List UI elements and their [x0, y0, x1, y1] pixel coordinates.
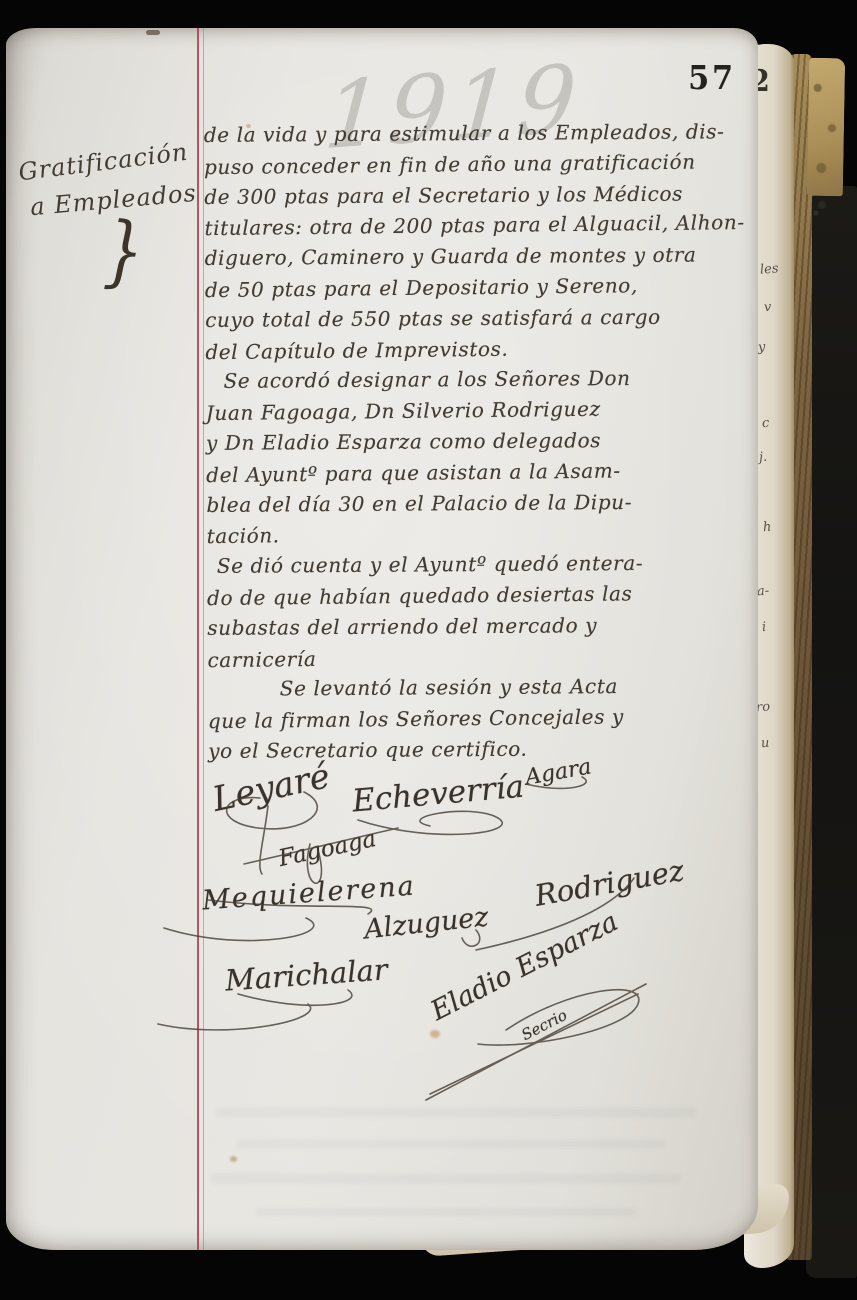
- body-line: tación.: [206, 515, 762, 552]
- body-line: cuyo total de 550 ptas se satisfará a ca…: [205, 301, 761, 336]
- body-line: del Ayuntº para que asistan a la Asam-: [206, 454, 762, 491]
- margin-note-brace: }: [102, 204, 146, 297]
- signature-fagoaga: Fagoaga: [276, 826, 378, 872]
- margin-rule-line: [197, 28, 199, 1250]
- body-line: do de que habían quedado desiertas las: [207, 577, 763, 614]
- body-line: puso conceder en fin de año una gratific…: [204, 146, 760, 183]
- signature-echeverria: Echeverría: [351, 769, 526, 820]
- edge-text-fragment: c: [761, 416, 769, 431]
- body-line: subastas del arriendo del mercado y: [207, 609, 763, 644]
- edge-mark: [146, 30, 160, 35]
- edge-text-fragment: h: [762, 520, 771, 536]
- page-number: 57: [688, 58, 736, 97]
- signature-rodriguez: Rodriguez: [532, 853, 686, 913]
- body-line: de 50 ptas para el Depositario y Sereno,: [205, 269, 761, 306]
- manuscript-page: 57 1919 Gratificación a Empleados } de l…: [6, 28, 758, 1250]
- body-line: de la vida y para estimular a los Emplea…: [204, 116, 760, 151]
- body-line: y Dn Eladio Esparza como delegados: [206, 424, 762, 459]
- paper-stain: [230, 1156, 237, 1162]
- body-line: carnicería: [207, 638, 763, 675]
- signature-mequielerena: Mequielerena: [201, 871, 417, 917]
- signature-marichalar: Marichalar: [224, 952, 389, 997]
- margin-note-line1: Gratificación: [17, 138, 190, 187]
- paper-freckle: [246, 124, 251, 128]
- body-line: del Capítulo de Imprevistos.: [205, 330, 761, 367]
- edge-text-fragment: les: [759, 261, 779, 277]
- body-line: Juan Fagoaga, Dn Silverio Rodriguez: [206, 392, 762, 429]
- ink-stain: [430, 1030, 440, 1038]
- body-line: que la firman los Señores Concejales y: [208, 700, 764, 737]
- signature-alzuguez: Alzuguez: [363, 902, 490, 946]
- signature-rubric-secretario: Secrio: [519, 1006, 570, 1044]
- body-line: Se dió cuenta y el Ayuntº quedó entera-: [207, 547, 763, 582]
- body-line: yo el Secretario que certifico.: [208, 732, 764, 767]
- edge-text-fragment: v: [763, 300, 771, 315]
- book-cover: [806, 186, 857, 1278]
- document-photo: 2 les v y c j. h a- i ro u 57 1919 Grati…: [0, 0, 857, 1300]
- body-line: diguero, Caminero y Guarda de montes y o…: [205, 239, 761, 274]
- body-text: de la vida y para estimular a los Emplea…: [204, 116, 765, 767]
- book-board-corner: [807, 58, 845, 197]
- body-line: titulares: otra de 200 ptas para el Algu…: [204, 207, 760, 244]
